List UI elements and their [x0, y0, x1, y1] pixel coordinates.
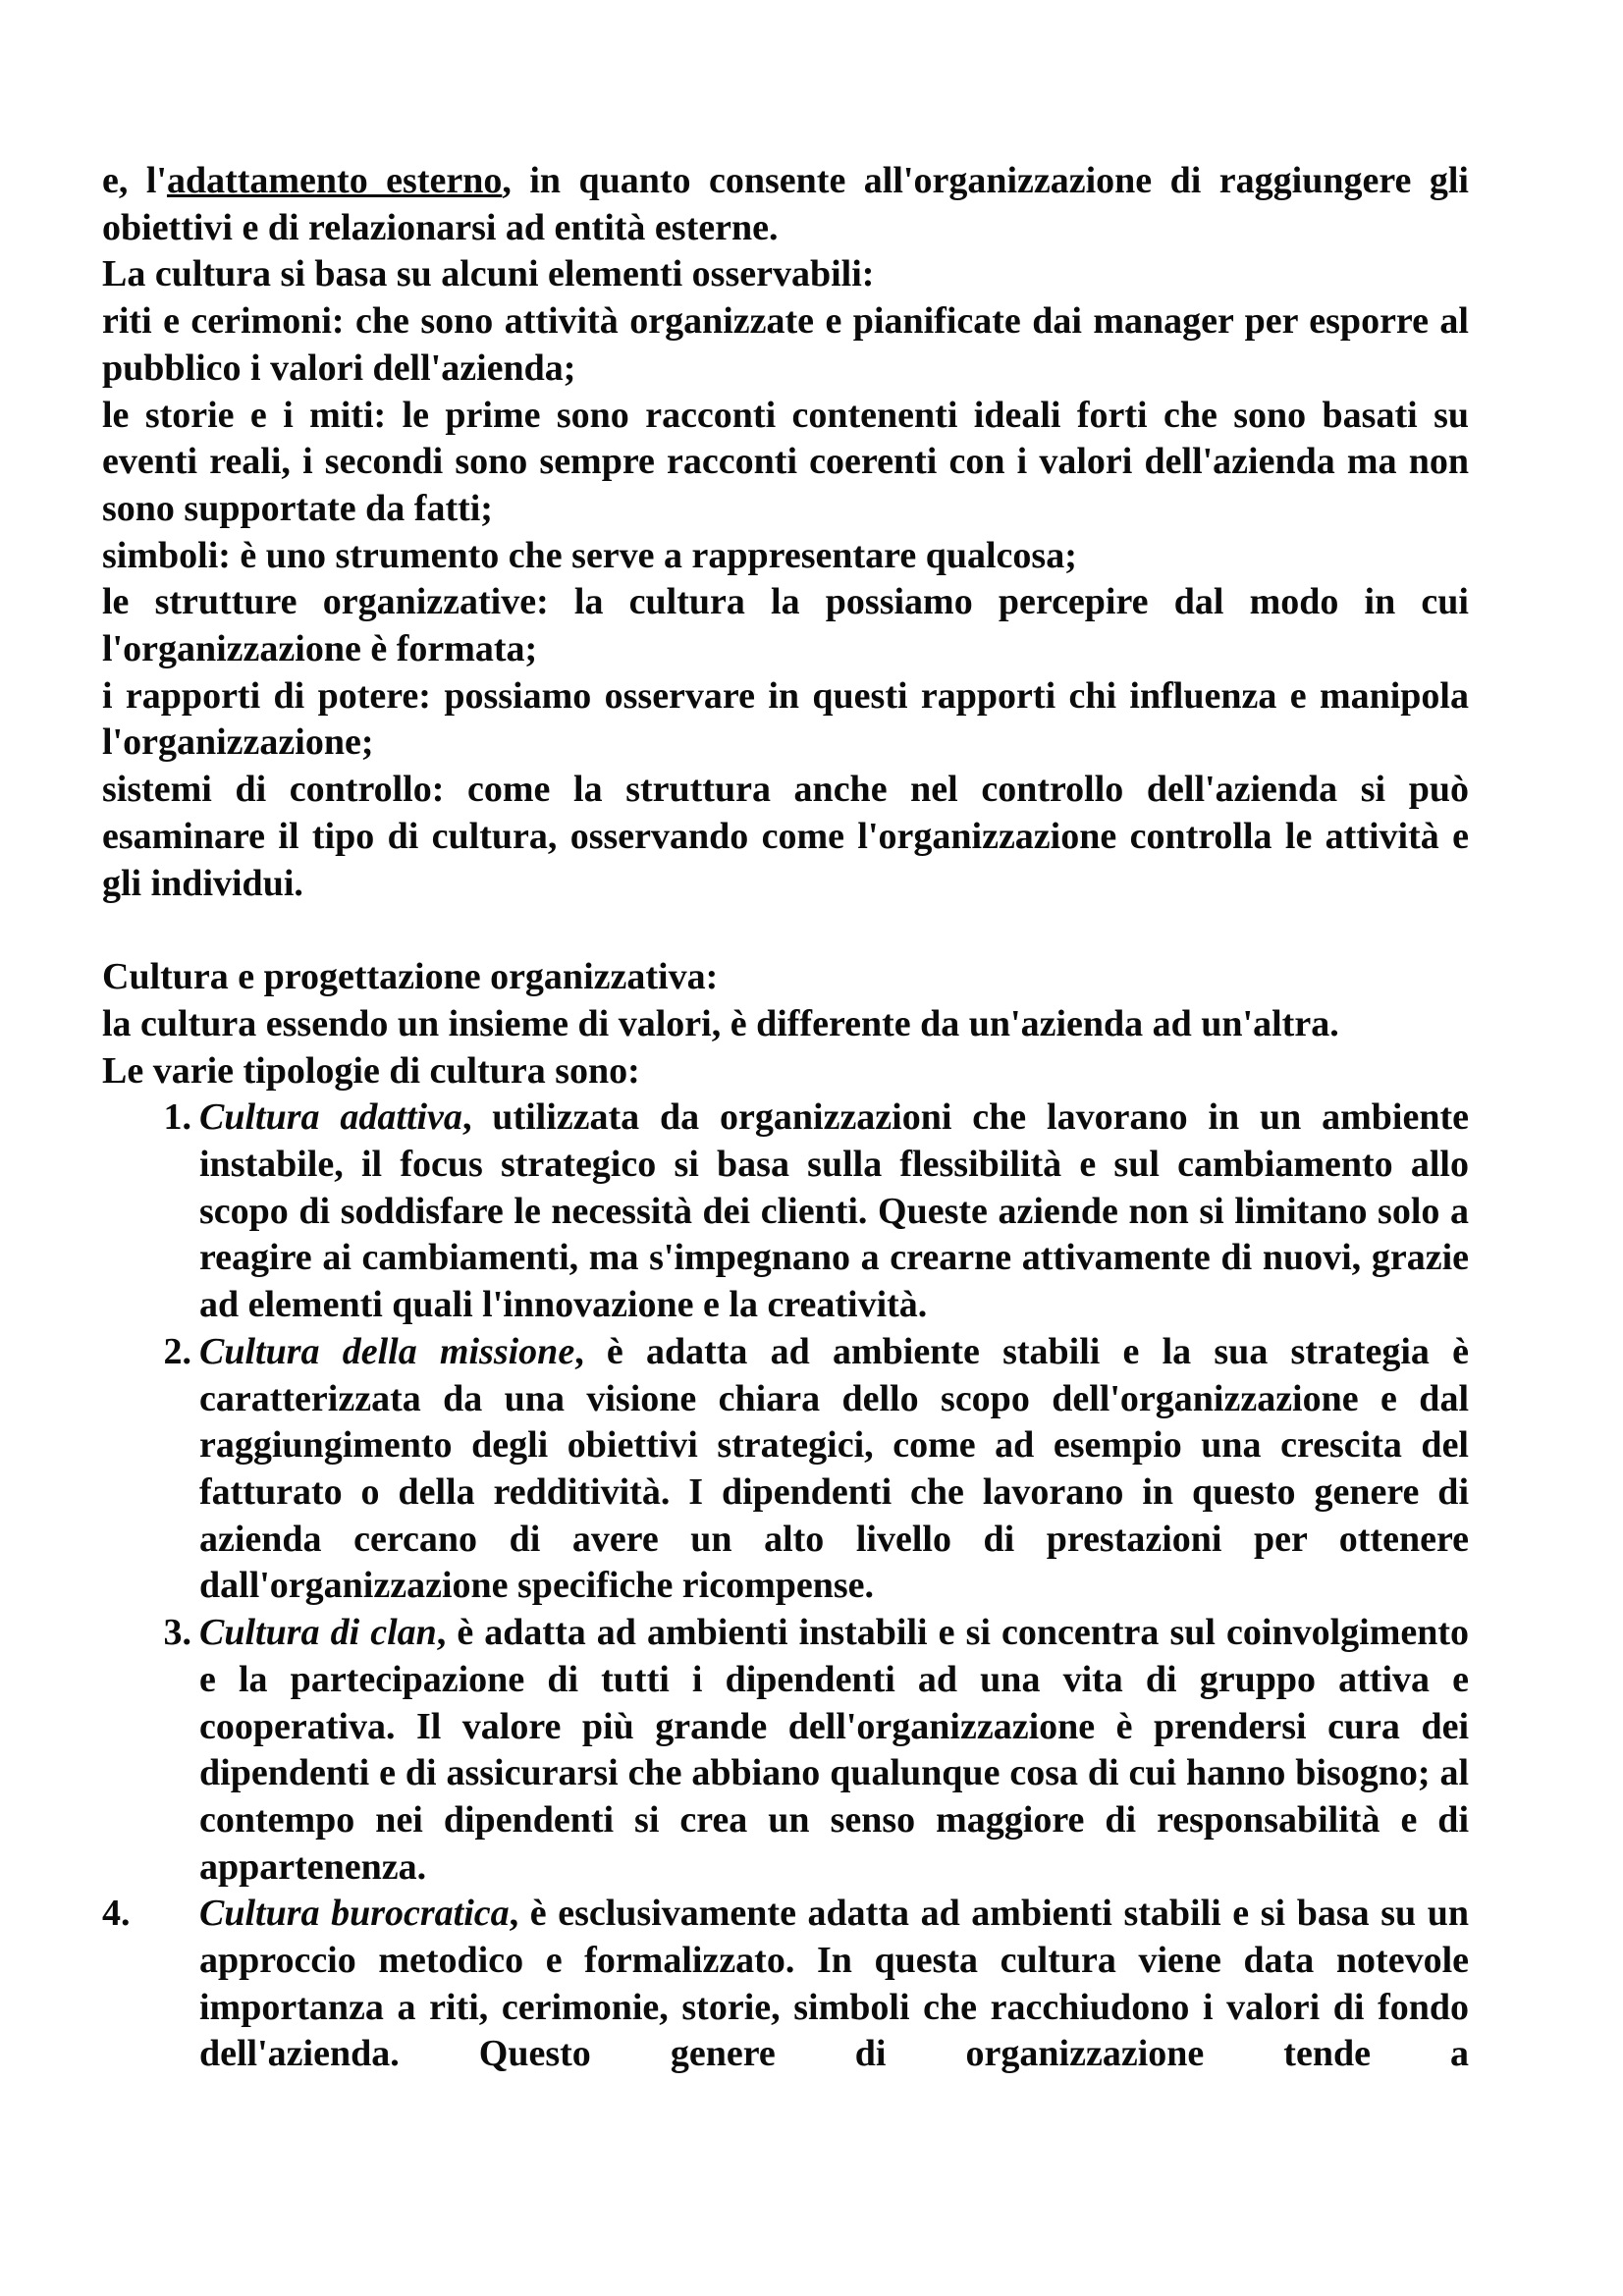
list-item-cultura-della-missione: 2.Cultura della missione, è adatta ad am…: [102, 1329, 1469, 1610]
paragraph-sistemi-di-controllo: sistemi di controllo: come la struttura …: [102, 767, 1469, 907]
paragraph-intro: e, l'adattamento esterno, in quanto cons…: [102, 158, 1469, 251]
document-text-block: e, l'adattamento esterno, in quanto cons…: [102, 158, 1469, 2078]
list-number: 2.: [102, 1329, 191, 1376]
list-item-cultura-di-clan: 3.Cultura di clan, è adatta ad ambienti …: [102, 1610, 1469, 1891]
culture-types-list: 1.Cultura adattiva, utilizzata da organi…: [102, 1095, 1469, 2078]
paragraph-break: [102, 907, 1469, 954]
paragraph-riti-e-cerimoni: riti e cerimoni: che sono attività organ…: [102, 298, 1469, 392]
culture-type-title: Cultura della missione: [199, 1331, 574, 1372]
list-intro: Le varie tipologie di cultura sono:: [102, 1048, 1469, 1095]
paragraph-elementi-osservabili: La cultura si basa su alcuni elementi os…: [102, 251, 1469, 298]
document-page: e, l'adattamento esterno, in quanto cons…: [0, 0, 1623, 2296]
section-intro: la cultura essendo un insieme di valori,…: [102, 1001, 1469, 1048]
culture-type-description: , è adatta ad ambienti instabili e si co…: [199, 1612, 1469, 1888]
list-number: 3.: [102, 1610, 191, 1657]
culture-type-title: Cultura adattiva: [199, 1096, 462, 1138]
section-heading: Cultura e progettazione organizzativa:: [102, 954, 1469, 1001]
paragraph-storie-e-miti: le storie e i miti: le prime sono raccon…: [102, 393, 1469, 533]
list-number: 4.: [102, 1891, 191, 1938]
paragraph-strutture-organizzative: le strutture organizzative: la cultura l…: [102, 579, 1469, 672]
culture-type-title: Cultura di clan: [199, 1612, 437, 1653]
culture-type-title: Cultura burocratica: [199, 1893, 510, 1934]
list-item-cultura-adattiva: 1.Cultura adattiva, utilizzata da organi…: [102, 1095, 1469, 1329]
paragraph-rapporti-di-potere: i rapporti di potere: possiamo osservare…: [102, 673, 1469, 767]
underlined-term: adattamento esterno: [167, 160, 502, 201]
intro-text-pre: e, l': [102, 160, 167, 201]
list-number: 1.: [102, 1095, 191, 1142]
list-item-cultura-burocratica: 4.Cultura burocratica, è esclusivamente …: [102, 1891, 1469, 2078]
paragraph-simboli: simboli: è uno strumento che serve a rap…: [102, 533, 1469, 580]
